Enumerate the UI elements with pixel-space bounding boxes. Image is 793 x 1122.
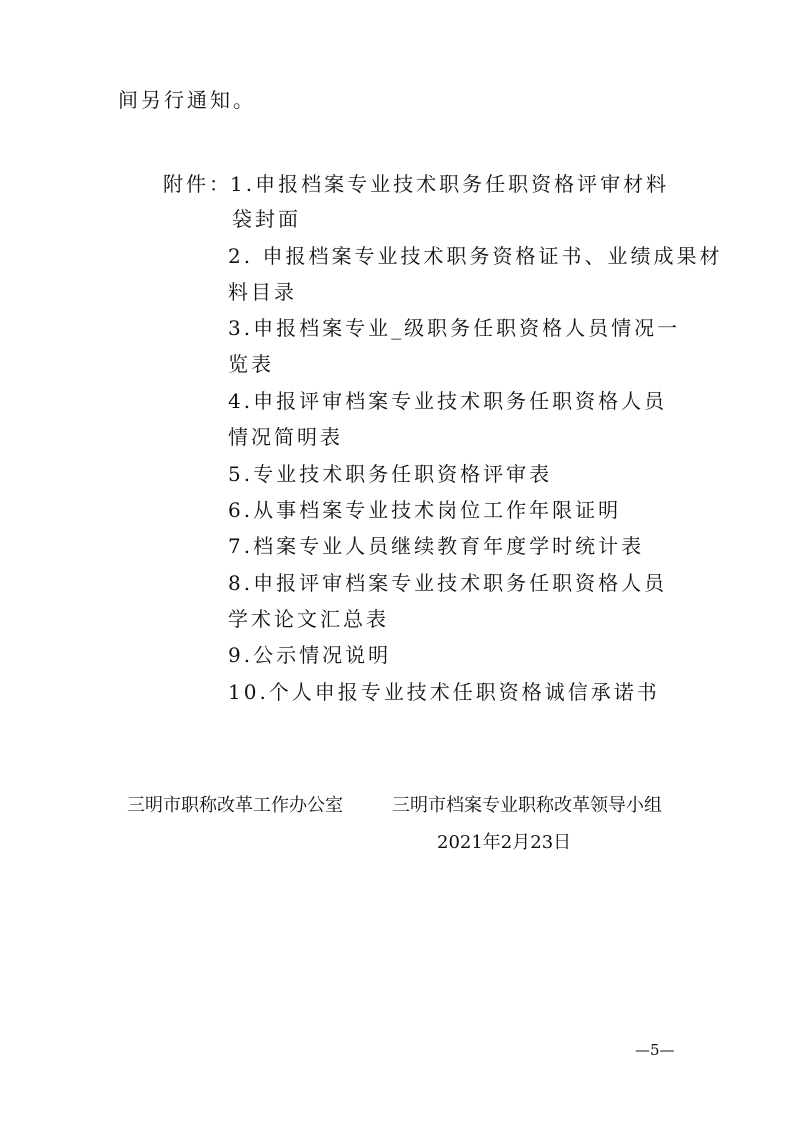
attachment-3-line-2: 览表 (228, 352, 274, 376)
attachment-8-line-2: 学术论文汇总表 (228, 607, 389, 631)
signature-right-org: 三明市档案专业职称改革领导小组 (392, 795, 662, 817)
attachment-9: 9.公示情况说明 (228, 643, 391, 667)
signature-left-org: 三明市职称改革工作办公室 (127, 795, 343, 817)
attachments-label: 附件： (163, 172, 232, 196)
attachment-1-line-1: 1.申报档案专业技术职务任职资格评审材料 (230, 172, 669, 196)
attachment-1-line-2: 袋封面 (232, 207, 301, 231)
attachment-6: 6.从事档案专业技术岗位工作年限证明 (228, 498, 621, 522)
page-number: —5— (635, 1041, 675, 1059)
signature-date: 2021年2月23日 (437, 832, 571, 854)
attachment-3-line-1: 3.申报档案专业_级职务任职资格人员情况一 (228, 316, 680, 340)
attachment-10: 10.个人申报专业技术任职资格诚信承诺书 (228, 680, 660, 704)
attachment-2-line-2: 料目录 (228, 280, 297, 304)
attachment-2-line-1: 2. 申报档案专业技术职务资格证书、业绩成果材 (228, 244, 722, 268)
attachment-4-line-1: 4.申报评审档案专业技术职务任职资格人员 (228, 389, 667, 413)
attachment-7: 7.档案专业人员继续教育年度学时统计表 (228, 534, 644, 558)
attachment-4-line-2: 情况简明表 (228, 425, 343, 449)
attachment-5: 5.专业技术职务任职资格评审表 (228, 462, 552, 486)
attachment-8-line-1: 8.申报评审档案专业技术职务任职资格人员 (228, 571, 667, 595)
continuation-text: 间另行通知。 (118, 88, 256, 112)
